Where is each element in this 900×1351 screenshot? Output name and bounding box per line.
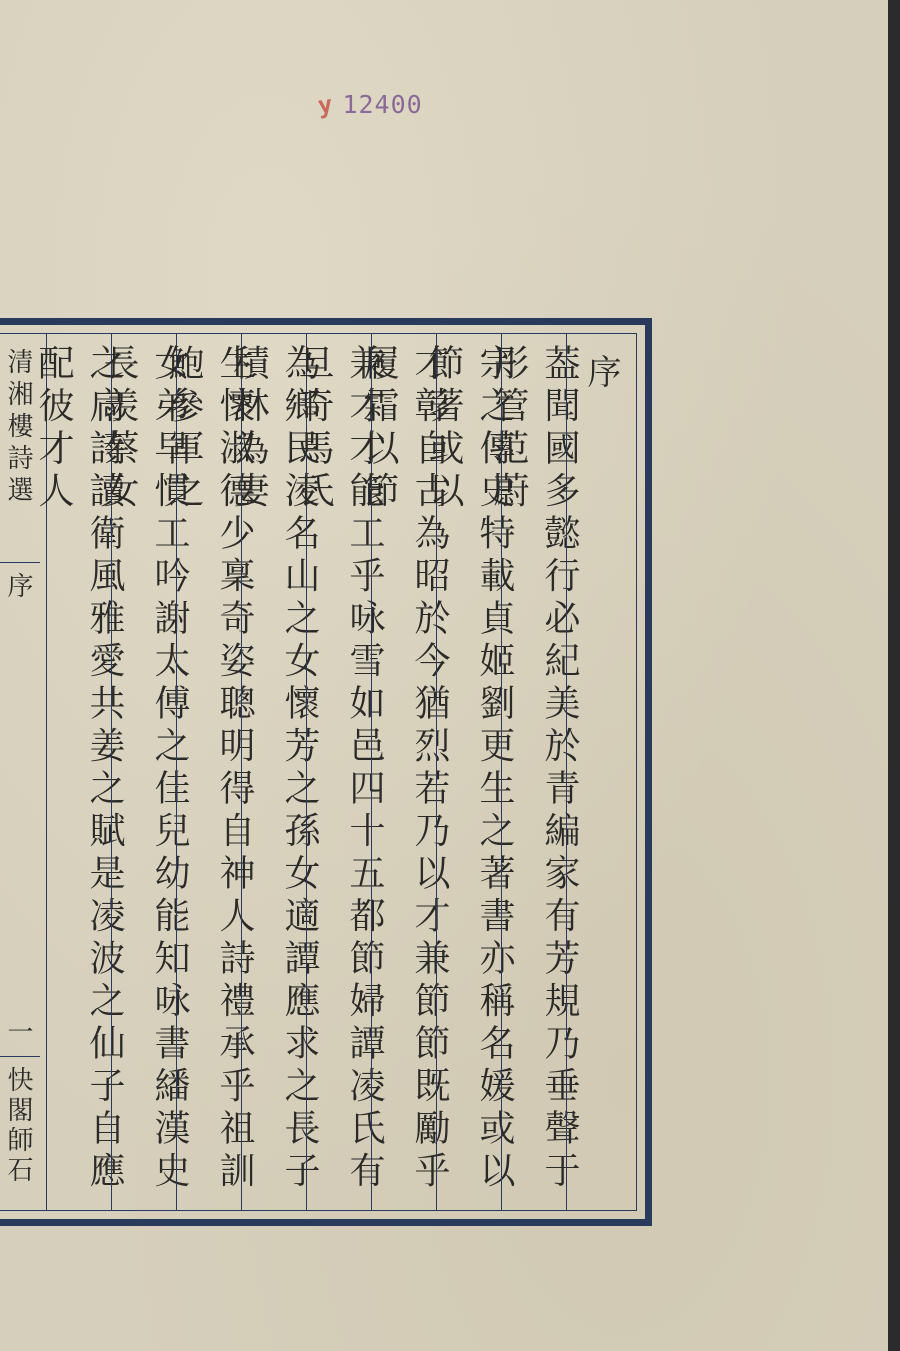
banxin-book-title: 清湘樓詩選 bbox=[0, 348, 37, 508]
banxin-divider bbox=[0, 1056, 40, 1057]
section-title: 序 bbox=[566, 334, 636, 1210]
book-page: y 12400 序 葢聞國多懿行必紀美於青編家有芳規乃垂聲于彤管范蔚 宗之傳史特… bbox=[0, 0, 890, 1351]
banxin-section: 序 bbox=[0, 572, 37, 598]
text-columns: 序 葢聞國多懿行必紀美於青編家有芳規乃垂聲于彤管范蔚 宗之傳史特載貞姬劉更生之著… bbox=[40, 334, 636, 1210]
banxin-center-strip: 清湘樓詩選 序 一 快閣師石 bbox=[0, 334, 40, 1210]
inner-frame: 序 葢聞國多懿行必紀美於青編家有芳規乃垂聲于彤管范蔚 宗之傳史特載貞姬劉更生之著… bbox=[0, 333, 637, 1211]
banxin-publisher: 快閣師石 bbox=[0, 1066, 37, 1186]
scan-edge bbox=[888, 0, 900, 1351]
accession-stamp: y 12400 bbox=[318, 92, 423, 117]
stamp-mark: y bbox=[316, 92, 334, 118]
banxin-page-number: 一 bbox=[0, 1018, 37, 1044]
banxin-divider bbox=[0, 562, 40, 563]
text-column-1: 葢聞國多懿行必紀美於青編家有芳規乃垂聲于彤管范蔚 bbox=[501, 334, 566, 1210]
stamp-number: 12400 bbox=[342, 92, 422, 117]
printed-frame: 序 葢聞國多懿行必紀美於青編家有芳規乃垂聲于彤管范蔚 宗之傳史特載貞姬劉更生之著… bbox=[0, 318, 652, 1226]
